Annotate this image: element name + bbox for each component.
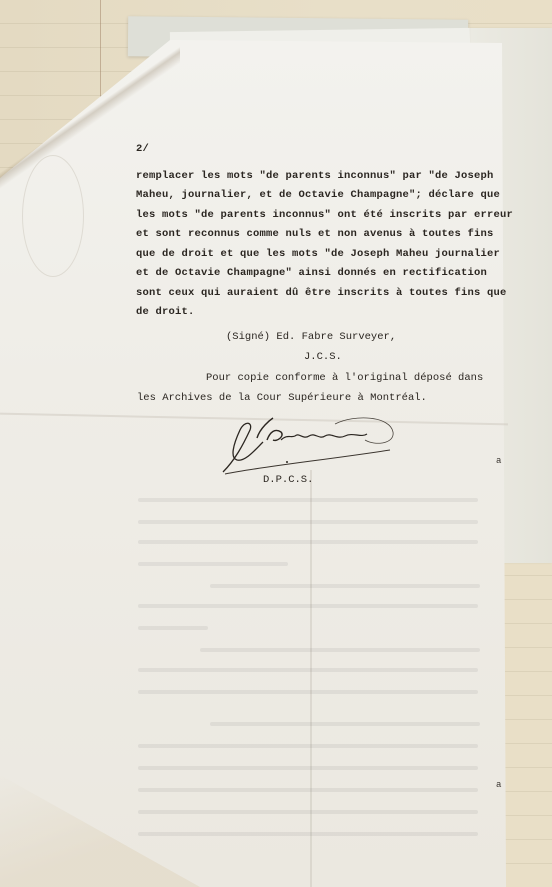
bleed-through-text: [138, 832, 478, 836]
bleed-through-text: [138, 562, 288, 566]
stray-ink-mark: a: [496, 780, 501, 790]
bleed-through-text: [138, 626, 208, 630]
signed-by-judge: (Signé) Ed. Fabre Surveyer,: [226, 331, 396, 343]
certification-line-2: les Archives de la Cour Supérieure à Mon…: [137, 392, 427, 404]
bleed-through-text: [138, 668, 478, 672]
bleed-through-text: [138, 766, 478, 770]
page-number: 2/: [136, 140, 496, 160]
bleed-through-text: [138, 498, 478, 502]
document-body: 2/ remplacer les mots "de parents inconn…: [136, 140, 496, 323]
page-crease-vertical: [310, 470, 312, 887]
signatory-title: D.P.C.S.: [263, 474, 313, 486]
stray-ink-mark: a: [496, 456, 501, 466]
certification-line-1: Pour copie conforme à l'original déposé …: [206, 372, 483, 384]
handwritten-signature: [215, 410, 400, 478]
bleed-through-text: [138, 788, 478, 792]
bleed-through-text: [138, 744, 478, 748]
embossed-seal: [22, 155, 84, 277]
bleed-through-text: [138, 540, 478, 544]
body-line: les mots "de parents inconnus" ont été i…: [136, 206, 496, 226]
judge-title: J.C.S.: [304, 351, 342, 363]
bleed-through-text: [200, 648, 480, 652]
bleed-through-text: [210, 584, 480, 588]
body-line: et de Octavie Champagne" ainsi donnés en…: [136, 264, 496, 284]
body-line: Maheu, journalier, et de Octavie Champag…: [136, 186, 496, 206]
bleed-through-text: [138, 690, 478, 694]
body-line: que de droit et que les mots "de Joseph …: [136, 245, 496, 265]
bleed-through-text: [138, 604, 478, 608]
body-line: et sont reconnus comme nuls et non avenu…: [136, 225, 496, 245]
body-line: de droit.: [136, 303, 496, 323]
bleed-through-text: [210, 722, 480, 726]
body-line: sont ceux qui auraient dû être inscrits …: [136, 284, 496, 304]
body-line: remplacer les mots "de parents inconnus"…: [136, 167, 496, 187]
bleed-through-text: [138, 810, 478, 814]
bleed-through-text: [138, 520, 478, 524]
